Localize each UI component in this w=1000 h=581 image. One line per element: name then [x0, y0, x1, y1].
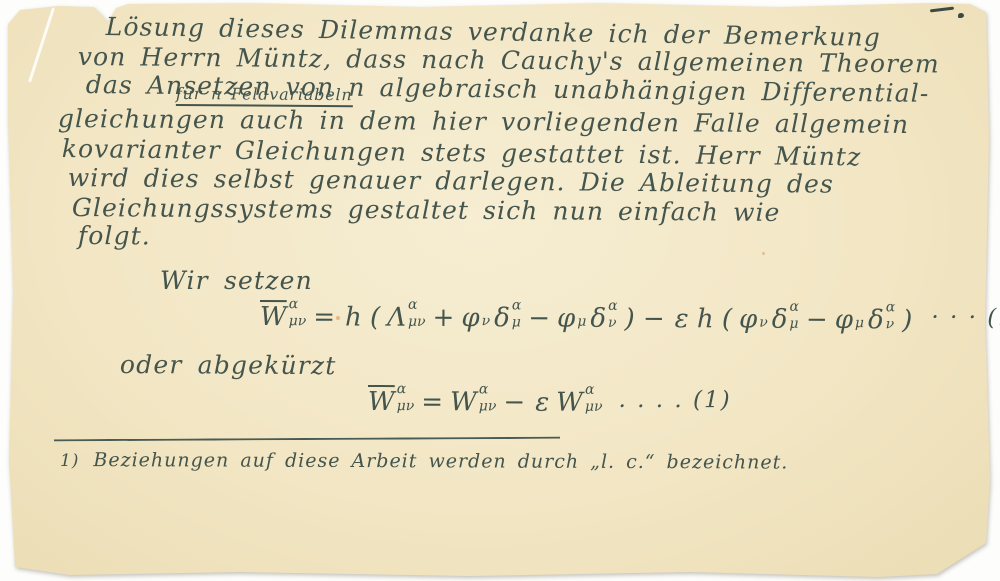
equation-operator: ) −: [624, 303, 664, 337]
wir-setzen-line: Wir setzen: [160, 266, 313, 295]
inserted-phrase: für n Feldvariabeln: [176, 84, 353, 107]
equation-2: Wαμν=Wαμν−εWαμν. . . . (1): [366, 386, 732, 421]
footnote: 1)Beziehungen auf diese Arbeit werden du…: [60, 449, 788, 474]
equation-label: . . . . (1): [618, 387, 731, 413]
equation-term: Wαμν: [450, 386, 496, 420]
oder-abgekuerzt-line: oder abgekürzt: [120, 350, 337, 380]
equation-operator: −: [528, 302, 550, 336]
footnote-marker: 1): [60, 451, 80, 471]
equation-operator: ε h (: [675, 303, 733, 337]
equation-operator: ε: [535, 387, 549, 421]
manuscript-line-7: Gleichungssystems gestaltet sich nun ein…: [72, 193, 781, 227]
foxing-spot: [762, 252, 765, 255]
manuscript-scan: Lösung dieses Dilemmas verdanke ich der …: [0, 0, 1000, 581]
equation-term: Λαμν: [387, 302, 426, 336]
footnote-text: Beziehungen auf diese Arbeit werden durc…: [93, 449, 788, 473]
equation-operator: −: [503, 386, 525, 420]
equation-operator: =: [421, 386, 443, 420]
equation-term: φν: [461, 302, 490, 336]
manuscript-line-8: folgt.: [78, 221, 151, 250]
manuscript-line-4: gleichungen auch in dem hier vorliegende…: [58, 104, 909, 139]
equation-operator: +: [433, 302, 455, 336]
equation-operator: −: [806, 304, 828, 338]
ink-blot: [958, 13, 964, 18]
equation-operator: h (: [345, 301, 380, 335]
equation-term: φμ: [557, 303, 587, 337]
equation-operator: =: [313, 301, 335, 335]
equation-term: δαμ: [772, 304, 799, 338]
equation-term: φμ: [835, 304, 865, 338]
equation-term: φν: [739, 304, 768, 338]
equation-term: δαν: [868, 304, 895, 338]
equation-term: δαμ: [494, 302, 521, 336]
equation-term: Wαμν: [556, 387, 602, 421]
equation-label: · · · (1): [931, 305, 1000, 331]
equation-term: Wαμν: [368, 386, 414, 420]
equation-operator: ): [902, 304, 912, 338]
equation-term: Wαμν: [260, 301, 307, 335]
equation-1: Wαμν=h (Λαμν+φνδαμ−φμδαν) −ε h (φνδαμ−φμ…: [258, 301, 1000, 339]
equation-term: δαν: [590, 303, 617, 337]
